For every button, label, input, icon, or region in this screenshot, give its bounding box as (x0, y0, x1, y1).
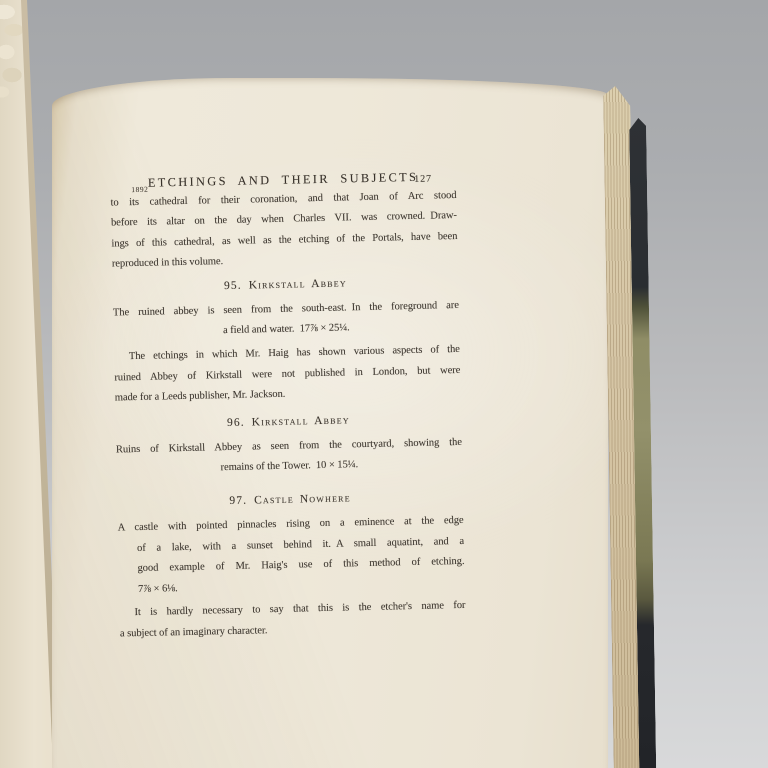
edition-year: 1892 (131, 180, 148, 201)
entry-heading-97: 97. Castle Nowhere (117, 489, 463, 512)
book-photograph: 1892 ETCHINGS AND THEIR SUBJECTS 127 to … (0, 0, 768, 768)
entry-95-note: The etchings in which Mr. Haig has shown… (114, 340, 461, 409)
book-page: 1892 ETCHINGS AND THEIR SUBJECTS 127 to … (52, 78, 608, 768)
entry-96-description: Ruins of Kirkstall Abbey as seen from th… (116, 433, 463, 481)
entry-95-description: The ruined abbey is seen from the south-… (113, 296, 460, 344)
entry-97-description: A castle with pointed pinnacles rising o… (117, 511, 465, 600)
page-text-block: 1892 ETCHINGS AND THEIR SUBJECTS 127 to … (110, 166, 466, 644)
entry-heading-96: 96. Kirkstall Abbey (115, 411, 461, 434)
page-number: 127 (414, 170, 432, 191)
entry-97-note: It is hardly necessary to say that this … (119, 596, 466, 644)
paragraph-cathedral: to its cathedral for their coronation, a… (110, 186, 458, 275)
entry-heading-95: 95. Kirkstall Abbey (112, 274, 458, 297)
